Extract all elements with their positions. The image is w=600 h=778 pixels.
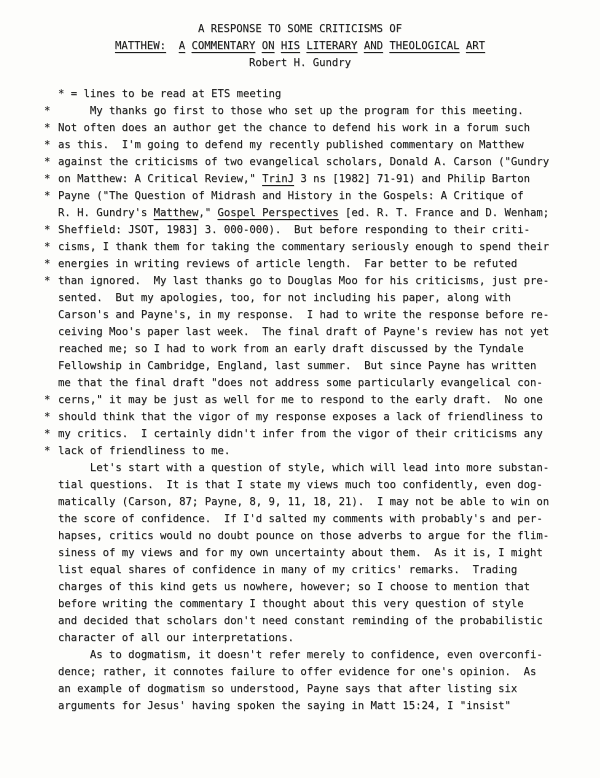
read-marker-asterisk: * (44, 103, 50, 120)
read-marker-asterisk: * (44, 392, 50, 409)
text-line: character of all our interpretations. (58, 630, 558, 647)
underlined-title-word: ART (466, 40, 485, 52)
text-segment: ceiving Moo's paper last week. The final… (58, 326, 549, 338)
text-line: *should think that the vigor of my respo… (58, 409, 558, 426)
underlined-title-word: AND (364, 40, 383, 52)
read-marker-legend: * = lines to be read at ETS meeting (58, 86, 281, 103)
text-line: me that the final draft "does not addres… (58, 375, 558, 392)
text-line: *against the criticisms of two evangelic… (58, 154, 558, 171)
underlined-title-word: ON (262, 40, 275, 52)
text-line: *cerns," it may be just as well for me t… (58, 392, 558, 409)
text-segment: Payne ("The Question of Midrash and Hist… (58, 190, 524, 202)
text-segment: Let's start with a question of style, wh… (58, 462, 549, 474)
text-line: *Sheffield: JSOT, 1983] 3. 000-000). But… (58, 222, 558, 239)
text-line: As to dogmatism, it doesn't refer merely… (58, 647, 558, 664)
read-marker-asterisk: * (44, 222, 50, 239)
read-marker-asterisk: * (44, 188, 50, 205)
text-segment: list equal shares of confidence in many … (58, 564, 517, 576)
read-marker-asterisk: * (44, 171, 50, 188)
text-segment: R. H. Gundry's (58, 207, 154, 219)
text-segment: before writing the commentary I thought … (58, 598, 524, 610)
text-segment: siness of my views and for my own uncert… (58, 547, 543, 559)
text-segment: [ed. R. T. France and D. Wenham; (339, 207, 549, 219)
text-line: Fellowship in Cambridge, England, last s… (58, 358, 558, 375)
text-line: Carson's and Payne's, in my response. I … (58, 307, 558, 324)
text-segment: Not often does an author get the chance … (58, 122, 530, 134)
text-line: tial questions. It is that I state my vi… (58, 477, 558, 494)
text-segment: character of all our interpretations. (58, 632, 294, 644)
text-line: ceiving Moo's paper last week. The final… (58, 324, 558, 341)
text-line: *energies in writing reviews of article … (58, 256, 558, 273)
text-segment: cerns," it may be just as well for me to… (58, 394, 543, 406)
text-line: *cisms, I thank them for taking the comm… (58, 239, 558, 256)
text-segment: as this. I'm going to defend my recently… (58, 139, 524, 151)
text-segment: dence; rather, it connotes failure to of… (58, 666, 536, 678)
read-marker-asterisk: * (44, 137, 50, 154)
read-marker-asterisk: * (44, 426, 50, 443)
text-segment: cisms, I thank them for taking the comme… (58, 241, 549, 253)
text-line: list equal shares of confidence in many … (58, 562, 558, 579)
text-segment: As to dogmatism, it doesn't refer merely… (58, 649, 543, 661)
text-line: Let's start with a question of style, wh… (58, 460, 558, 477)
text-line: * My thanks go first to those who set up… (58, 103, 558, 120)
text-segment: matically (Carson, 87; Payne, 8, 9, 11, … (58, 496, 549, 508)
text-segment: tial questions. It is that I state my vi… (58, 479, 543, 491)
text-segment: ," (198, 207, 217, 219)
text-line: *as this. I'm going to defend my recentl… (58, 137, 558, 154)
document-body: * My thanks go first to those who set up… (58, 103, 558, 715)
text-segment: My thanks go first to those who set up t… (58, 105, 524, 117)
text-segment: Sheffield: JSOT, 1983] 3. 000-000). But … (58, 224, 530, 236)
text-segment: charges of this kind gets us nowhere, ho… (58, 581, 530, 593)
read-marker-asterisk: * (44, 154, 50, 171)
text-segment: should think that the vigor of my respon… (58, 411, 543, 423)
underlined-title-word: MATTHEW: (115, 40, 166, 52)
text-segment: hapses, critics would no doubt pounce on… (58, 530, 549, 542)
text-line: an example of dogmatism so understood, P… (58, 681, 558, 698)
underlined-title-word: LITERARY (306, 40, 357, 52)
underlined-title-word: COMMENTARY (192, 40, 256, 52)
text-segment: the score of confidence. If I'd salted m… (58, 513, 543, 525)
text-segment: Carson's and Payne's, in my response. I … (58, 309, 549, 321)
text-segment: than ignored. My last thanks go to Dougl… (58, 275, 549, 287)
text-segment: reached me; so I had to work from an ear… (58, 343, 524, 355)
doc-title-line2: MATTHEW: A COMMENTARY ON HIS LITERARY AN… (0, 38, 600, 55)
underlined-title-word: HIS (281, 40, 300, 52)
text-segment: my critics. I certainly didn't infer fro… (58, 428, 543, 440)
underlined-title-word: A (179, 40, 185, 52)
text-line: and decided that scholars don't need con… (58, 613, 558, 630)
doc-byline: Robert H. Gundry (0, 55, 600, 72)
doc-title-line1: A RESPONSE TO SOME CRITICISMS OF (0, 21, 600, 38)
text-line: *Not often does an author get the chance… (58, 120, 558, 137)
underlined-text: TrinJ (262, 173, 294, 185)
text-line: arguments for Jesus' having spoken the s… (58, 698, 558, 715)
text-line: sented. But my apologies, too, for not i… (58, 290, 558, 307)
text-segment: lack of friendliness to me. (58, 445, 230, 457)
text-line: hapses, critics would no doubt pounce on… (58, 528, 558, 545)
text-segment: sented. But my apologies, too, for not i… (58, 292, 511, 304)
read-marker-asterisk: * (44, 443, 50, 460)
text-line: *lack of friendliness to me. (58, 443, 558, 460)
text-line: *my critics. I certainly didn't infer fr… (58, 426, 558, 443)
text-line: R. H. Gundry's Matthew," Gospel Perspect… (58, 205, 558, 222)
text-line: matically (Carson, 87; Payne, 8, 9, 11, … (58, 494, 558, 511)
underlined-text: Gospel Perspectives (217, 207, 338, 219)
text-line: *Payne ("The Question of Midrash and His… (58, 188, 558, 205)
text-segment: 3 ns [1982] 71-91) and Philip Barton (294, 173, 530, 185)
read-marker-asterisk: * (44, 239, 50, 256)
read-marker-asterisk: * (44, 273, 50, 290)
read-marker-asterisk: * (44, 256, 50, 273)
text-line: before writing the commentary I thought … (58, 596, 558, 613)
document-header: A RESPONSE TO SOME CRITICISMS OF MATTHEW… (0, 21, 600, 72)
text-line: *than ignored. My last thanks go to Doug… (58, 273, 558, 290)
text-segment: energies in writing reviews of article l… (58, 258, 517, 270)
read-marker-asterisk: * (44, 409, 50, 426)
text-segment: Fellowship in Cambridge, England, last s… (58, 360, 536, 372)
text-segment: an example of dogmatism so understood, P… (58, 683, 517, 695)
text-line: siness of my views and for my own uncert… (58, 545, 558, 562)
read-marker-asterisk: * (44, 120, 50, 137)
text-segment: arguments for Jesus' having spoken the s… (58, 700, 511, 712)
text-line: charges of this kind gets us nowhere, ho… (58, 579, 558, 596)
text-segment: and decided that scholars don't need con… (58, 615, 543, 627)
text-line: the score of confidence. If I'd salted m… (58, 511, 558, 528)
text-line: reached me; so I had to work from an ear… (58, 341, 558, 358)
text-line: dence; rather, it connotes failure to of… (58, 664, 558, 681)
text-segment: against the criticisms of two evangelica… (58, 156, 549, 168)
text-segment: on Matthew: A Critical Review," (58, 173, 262, 185)
underlined-title-word: THEOLOGICAL (389, 40, 459, 52)
text-line: *on Matthew: A Critical Review," TrinJ 3… (58, 171, 558, 188)
scanned-typewritten-page: A RESPONSE TO SOME CRITICISMS OF MATTHEW… (0, 0, 600, 778)
text-segment: me that the final draft "does not addres… (58, 377, 543, 389)
underlined-text: Matthew (154, 207, 199, 219)
